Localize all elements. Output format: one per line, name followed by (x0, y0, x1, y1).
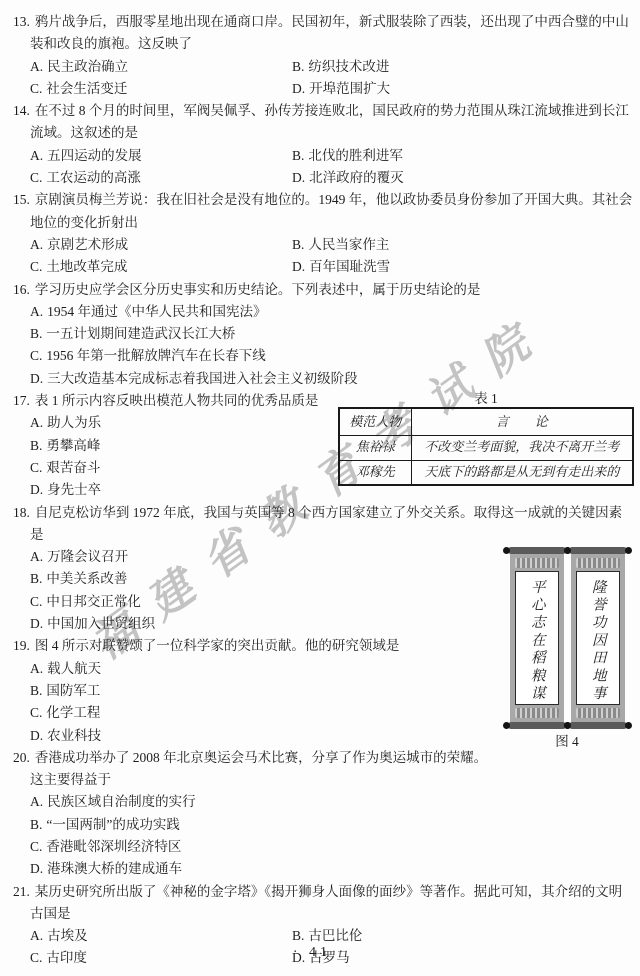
question-options: A.载人航天 B.国防军工 C.化学工程 D.农业科技 (30, 658, 634, 747)
question-number: 19. (13, 638, 30, 653)
question-number: 15. (13, 192, 30, 207)
question-options: A.1954 年通过《中华人民共和国宪法》 B.一五计划期间建造武汉长江大桥 C… (30, 301, 634, 390)
option-label: A. (30, 661, 43, 676)
option-text: 百年国耻洗雪 (309, 259, 390, 274)
table1-caption: 表 1 (338, 390, 634, 407)
question-number: 21. (13, 884, 30, 899)
question-18: 18.自尼克松访华到 1972 年底，我国与英国等 8 个西方国家建立了外交关系… (13, 502, 634, 636)
option-text: 三大改造基本完成标志着我国进入社会主义初级阶段 (47, 371, 358, 386)
option-text: 北伐的胜利进军 (308, 148, 403, 163)
option-label: D. (30, 861, 43, 876)
question-options: A.民主政治确立 B.纺织技术改进 C.社会生活变迁 D.开埠范围扩大 (30, 56, 634, 101)
scroll-bottom-rod (508, 722, 566, 729)
option-label: A. (30, 415, 43, 430)
option-label: B. (292, 148, 304, 163)
option-text: 艰苦奋斗 (46, 460, 100, 475)
question-stem: 16.学习历史应学会区分历史事实和历史结论。下列表述中，属于历史结论的是 (30, 279, 634, 301)
question-number: 17. (13, 393, 30, 408)
option-text: 中美关系改善 (46, 571, 127, 586)
option-label: C. (30, 81, 42, 96)
option-label: C. (30, 705, 42, 720)
option-text: 人民当家作主 (308, 237, 389, 252)
question-options: A.民族区域自治制度的实行 B.“一国两制”的成功实践 C.香港毗邻深圳经济特区… (30, 791, 634, 880)
option-text: 农业科技 (47, 728, 101, 743)
option-a: A.1954 年通过《中华人民共和国宪法》 (30, 301, 634, 323)
question-stem: 14.在不过 8 个月的时间里，军阀吴佩孚、孙传芳接连败北，国民政府的势力范围从… (30, 100, 634, 145)
option-text: 国防军工 (46, 683, 100, 698)
option-text: 社会生活变迁 (46, 81, 127, 96)
option-label: B. (30, 571, 42, 586)
option-text: 1956 年第一批解放牌汽车在长春下线 (46, 348, 265, 363)
option-label: C. (30, 348, 42, 363)
option-text: 中国加入世贸组织 (47, 616, 155, 631)
option-b: B.国防军工 (30, 680, 634, 702)
option-d: D.港珠澳大桥的建成通车 (30, 858, 634, 880)
table1-container: 表 1 模范人物 言 论 焦裕禄 不改变兰考面貌，我决不离开兰考 邓稼先 (338, 390, 634, 486)
option-label: A. (30, 794, 43, 809)
option-b: B.人民当家作主 (292, 234, 634, 256)
question-number: 16. (13, 282, 30, 297)
exam-page: 福建省教育考试院 13.鸦片战争后，西服零星地出现在通商口岸。民国初年，新式服装… (0, 0, 640, 976)
option-a: A.五四运动的发展 (30, 145, 292, 167)
option-a: A.民族区域自治制度的实行 (30, 791, 634, 813)
question-stem: 15.京剧演员梅兰芳说：我在旧社会是没有地位的。1949 年，他以政协委员身份参… (30, 189, 634, 234)
question-15: 15.京剧演员梅兰芳说：我在旧社会是没有地位的。1949 年，他以政协委员身份参… (13, 189, 634, 278)
option-b: B.北伐的胜利进军 (292, 145, 634, 167)
option-d: D.北洋政府的覆灭 (292, 167, 634, 189)
option-text: 北洋政府的覆灭 (309, 170, 404, 185)
option-a: A.京剧艺术形成 (30, 234, 292, 256)
option-d: D.百年国耻洗雪 (292, 256, 634, 278)
option-text: 一五计划期间建造武汉长江大桥 (46, 326, 235, 341)
option-label: A. (30, 237, 43, 252)
option-label: D. (292, 259, 305, 274)
option-label: A. (30, 59, 43, 74)
question-stem-text: 表 1 所示内容反映出模范人物共同的优秀品质是 (35, 393, 319, 408)
question-stem-text: 某历史研究所出版了《神秘的金字塔》《揭开狮身人面像的面纱》等著作。据此可知，其介… (30, 884, 622, 921)
option-text: 载人航天 (47, 661, 101, 676)
question-stem-text: 在不过 8 个月的时间里，军阀吴佩孚、孙传芳接连败北，国民政府的势力范围从珠江流… (30, 103, 629, 140)
question-number: 18. (13, 505, 30, 520)
option-text: 民主政治确立 (47, 59, 128, 74)
question-stem: 13.鸦片战争后，西服零星地出现在通商口岸。民国初年，新式服装除了西装，还出现了… (30, 11, 634, 56)
option-label: C. (30, 259, 42, 274)
option-text: 香港毗邻深圳经济特区 (46, 839, 181, 854)
option-label: D. (30, 616, 43, 631)
scroll-ornament-top (576, 558, 620, 568)
option-b: B.“一国两制”的成功实践 (30, 814, 634, 836)
scroll-ornament-top (515, 558, 559, 568)
table-header-quote: 言 论 (411, 408, 633, 435)
option-label: B. (292, 59, 304, 74)
option-c: C.香港毗邻深圳经济特区 (30, 836, 634, 858)
option-label: B. (292, 237, 304, 252)
option-d: D.开埠范围扩大 (292, 78, 634, 100)
option-label: B. (30, 326, 42, 341)
option-text: 工农运动的高涨 (46, 170, 141, 185)
option-label: C. (30, 170, 42, 185)
question-number: 13. (13, 14, 30, 29)
question-stem-text: 图 4 所示对联赞颂了一位科学家的突出贡献。他的研究领域是 (35, 638, 400, 653)
question-17: 表 1 模范人物 言 论 焦裕禄 不改变兰考面貌，我决不离开兰考 邓稼先 (13, 390, 634, 501)
option-text: 勇攀高峰 (46, 438, 100, 453)
question-19: 19.图 4 所示对联赞颂了一位科学家的突出贡献。他的研究领域是 A.载人航天 … (13, 635, 634, 746)
scroll-top-rod (569, 547, 627, 554)
option-text: 土地改革完成 (46, 259, 127, 274)
question-16: 16.学习历史应学会区分历史事实和历史结论。下列表述中，属于历史结论的是 A.1… (13, 279, 634, 390)
question-13: 13.鸦片战争后，西服零星地出现在通商口岸。民国初年，新式服装除了西装，还出现了… (13, 11, 634, 100)
option-text: 化学工程 (46, 705, 100, 720)
option-text: 1954 年通过《中华人民共和国宪法》 (47, 304, 266, 319)
question-stem-text: 鸦片战争后，西服零星地出现在通商口岸。民国初年，新式服装除了西装，还出现了中西合… (30, 14, 629, 51)
option-label: B. (30, 438, 42, 453)
option-text: “一国两制”的成功实践 (46, 817, 179, 832)
option-text: 身先士卒 (47, 482, 101, 497)
option-d: D.三大改造基本完成标志着我国进入社会主义初级阶段 (30, 368, 634, 390)
option-c: C.土地改革完成 (30, 256, 292, 278)
table-row: 邓稼先 天底下的路都是从无到有走出来的 (339, 460, 633, 485)
scroll-top-rod (508, 547, 566, 554)
option-label: A. (30, 549, 43, 564)
option-label: C. (30, 839, 42, 854)
option-b: B.一五计划期间建造武汉长江大桥 (30, 323, 634, 345)
option-a: A.载人航天 (30, 658, 634, 680)
option-label: D. (292, 81, 305, 96)
table-cell-quote: 不改变兰考面貌，我决不离开兰考 (411, 435, 633, 460)
option-label: D. (292, 170, 305, 185)
question-number: 20. (13, 750, 30, 765)
option-text: 助人为乐 (47, 415, 101, 430)
option-label: C. (30, 460, 42, 475)
page-number: · 41 · (0, 942, 640, 964)
question-20: 20.香港成功举办了 2008 年北京奥运会马术比赛，分享了作为奥运城市的荣耀。… (13, 747, 634, 881)
option-text: 中日邦交正常化 (46, 594, 141, 609)
table-cell-quote: 天底下的路都是从无到有走出来的 (411, 460, 633, 485)
exam-content: 13.鸦片战争后，西服零星地出现在通商口岸。民国初年，新式服装除了西装，还出现了… (0, 0, 640, 970)
option-c: C.工农运动的高涨 (30, 167, 292, 189)
question-stem: 20.香港成功举办了 2008 年北京奥运会马术比赛，分享了作为奥运城市的荣耀。… (30, 747, 634, 792)
option-text: 民族区域自治制度的实行 (47, 794, 196, 809)
option-label: B. (30, 683, 42, 698)
question-stem-text: 自尼克松访华到 1972 年底，我国与英国等 8 个西方国家建立了外交关系。取得… (30, 505, 622, 542)
question-options: A.五四运动的发展 B.北伐的胜利进军 C.工农运动的高涨 D.北洋政府的覆灭 (30, 145, 634, 190)
question-stem: 18.自尼克松访华到 1972 年底，我国与英国等 8 个西方国家建立了外交关系… (30, 502, 634, 547)
question-options: A.京剧艺术形成 B.人民当家作主 C.土地改革完成 D.百年国耻洗雪 (30, 234, 634, 279)
option-b: B.纺织技术改进 (292, 56, 634, 78)
option-text: 开埠范围扩大 (309, 81, 390, 96)
option-label: C. (30, 594, 42, 609)
table1: 模范人物 言 论 焦裕禄 不改变兰考面貌，我决不离开兰考 邓稼先 天底下的路都是… (338, 407, 634, 486)
table-cell-person: 邓稼先 (339, 460, 411, 485)
scroll-bottom-rod (569, 722, 627, 729)
option-label: D. (30, 728, 43, 743)
option-c: C.1956 年第一批解放牌汽车在长春下线 (30, 345, 634, 367)
question-stem: 21.某历史研究所出版了《神秘的金字塔》《揭开狮身人面像的面纱》等著作。据此可知… (30, 881, 634, 926)
option-text: 港珠澳大桥的建成通车 (47, 861, 182, 876)
option-label: D. (30, 482, 43, 497)
question-stem: 19.图 4 所示对联赞颂了一位科学家的突出贡献。他的研究领域是 (30, 635, 634, 657)
option-c: C.社会生活变迁 (30, 78, 292, 100)
option-text: 万隆会议召开 (47, 549, 128, 564)
option-label: A. (30, 148, 43, 163)
question-number: 14. (13, 103, 30, 118)
option-label: A. (30, 304, 43, 319)
table-header-row: 模范人物 言 论 (339, 408, 633, 435)
question-stem-text: 学习历史应学会区分历史事实和历史结论。下列表述中，属于历史结论的是 (35, 282, 481, 297)
option-text: 京剧艺术形成 (47, 237, 128, 252)
table-header-person: 模范人物 (339, 408, 411, 435)
option-label: B. (30, 817, 42, 832)
question-stem-text: 香港成功举办了 2008 年北京奥运会马术比赛，分享了作为奥运城市的荣耀。这主要… (30, 750, 487, 787)
table-cell-person: 焦裕禄 (339, 435, 411, 460)
option-label: D. (30, 371, 43, 386)
question-14: 14.在不过 8 个月的时间里，军阀吴佩孚、孙传芳接连败北，国民政府的势力范围从… (13, 100, 634, 189)
option-text: 纺织技术改进 (308, 59, 389, 74)
table-row: 焦裕禄 不改变兰考面貌，我决不离开兰考 (339, 435, 633, 460)
option-a: A.民主政治确立 (30, 56, 292, 78)
option-text: 五四运动的发展 (47, 148, 142, 163)
question-stem-text: 京剧演员梅兰芳说：我在旧社会是没有地位的。1949 年，他以政协委员身份参加了开… (30, 192, 632, 229)
